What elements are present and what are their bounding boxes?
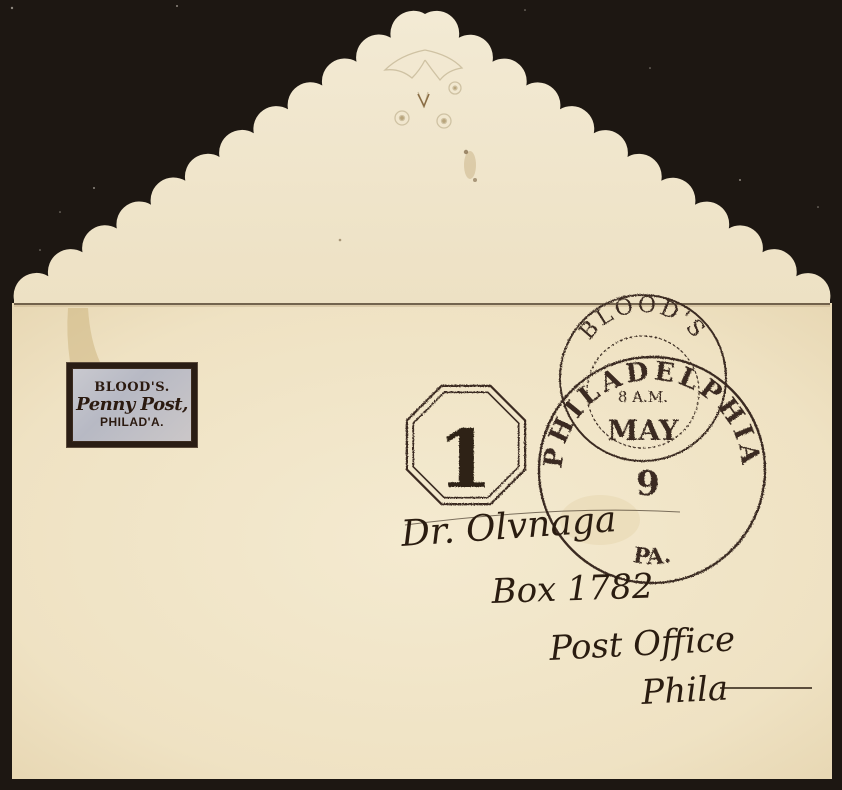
penny-post-stamp: BLOOD'S. Penny Post, PHILAD'A. [67, 363, 197, 447]
stamp-line-3: PHILAD'A. [100, 415, 164, 430]
local-postmark-month: MAY [607, 414, 679, 447]
envelope-flap [14, 11, 831, 303]
stamp-field: BLOOD'S. Penny Post, PHILAD'A. [72, 368, 192, 442]
address-line-2: Box 1782 [490, 566, 654, 612]
city-postmark-day: 9 [636, 464, 660, 504]
address-line-4: Phila [639, 668, 729, 713]
rate-value: 1 [437, 412, 493, 506]
stamp-line-2: Penny Post, [76, 395, 188, 415]
stamp-line-1: BLOOD'S. [94, 380, 169, 395]
